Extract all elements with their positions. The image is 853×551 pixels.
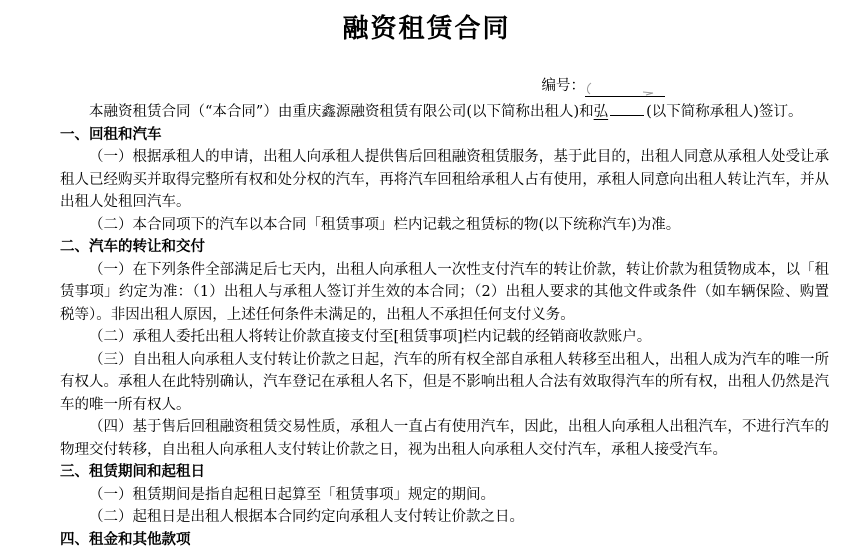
section-1-paragraph-2: （二）本合同项下的汽车以本合同「租赁事项」栏内记载之租赁标的物(以下统称汽车)为…	[60, 214, 829, 237]
contract-document: 融资租赁合同 编号： 本融资租赁合同（“本合同”）由重庆鑫源融资租赁有限公司(以…	[0, 0, 853, 551]
contract-number-line: 编号：	[0, 76, 853, 97]
section-2-paragraph-3: （三）自出租人向承租人支付转让价款之日起，汽车的所有权全部自承租人转移至出租人，…	[60, 349, 829, 417]
document-title: 融资租赁合同	[0, 0, 853, 46]
section-2-paragraph-2: （二）承租人委托出租人将转让价款直接支付至[租赁事项]栏内记载的经销商收款账户。	[60, 326, 829, 349]
faint-scribble-mark	[585, 81, 665, 96]
intro-text-before: 本融资租赁合同（“本合同”）由重庆鑫源融资租赁有限公司(以下简称出租人)和	[89, 104, 594, 120]
lessee-name: 弘	[594, 104, 609, 120]
intro-text-after: (以下简称承租人)签订。	[646, 104, 802, 120]
section-heading-1: 一、回租和汽车	[60, 124, 829, 147]
section-heading-2: 二、汽车的转让和交付	[60, 236, 829, 259]
section-2-paragraph-1: （一）在下列条件全部满足后七天内，出租人向承租人一次性支付汽车的转让价款，转让价…	[60, 259, 829, 327]
contract-number-label: 编号：	[542, 78, 586, 94]
section-3-paragraph-1: （一）租赁期间是指自起租日起算至「租赁事项」规定的期间。	[60, 484, 829, 507]
contract-number-blank	[585, 81, 665, 97]
contract-body: 本融资租赁合同（“本合同”）由重庆鑫源融资租赁有限公司(以下简称出租人)和弘(以…	[60, 101, 829, 551]
section-heading-4: 四、租金和其他款项	[60, 529, 829, 551]
section-1-paragraph-1: （一）根据承租人的申请，出租人向承租人提供售后回租融资租赁服务，基于此目的，出租…	[60, 146, 829, 214]
lessee-name-blank	[610, 102, 644, 116]
section-2-paragraph-4: （四）基于售后回租融资租赁交易性质，承租人一直占有使用汽车，因此，出租人向承租人…	[60, 416, 829, 461]
intro-paragraph: 本融资租赁合同（“本合同”）由重庆鑫源融资租赁有限公司(以下简称出租人)和弘(以…	[60, 101, 829, 124]
section-3-paragraph-2: （二）起租日是出租人根据本合同约定向承租人支付转让价款之日。	[60, 506, 829, 529]
section-heading-3: 三、租赁期间和起租日	[60, 461, 829, 484]
